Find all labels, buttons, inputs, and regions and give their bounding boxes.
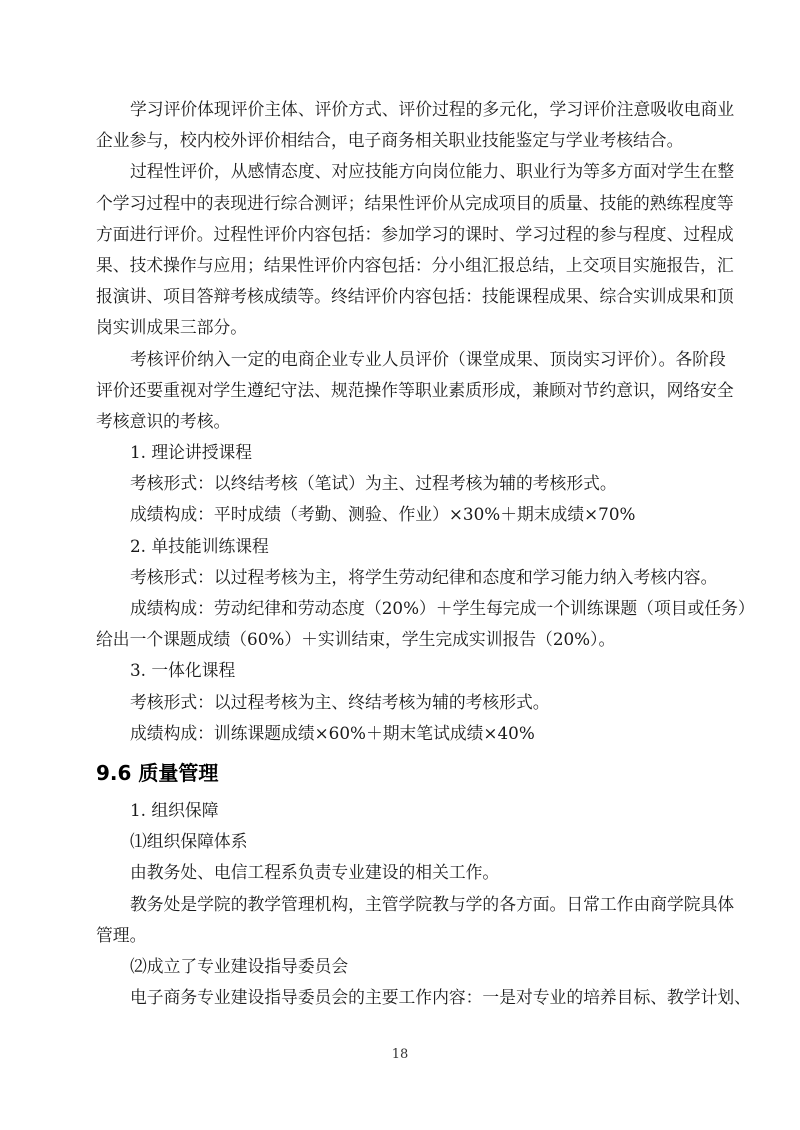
text-line: 果、技术操作与应用；结果性评价内容包括：分小组汇报总结，上交项目实施报告，汇: [96, 250, 704, 281]
page-number: 18: [0, 1047, 800, 1062]
text-line: 成绩构成：训练课题成绩×60%＋期末笔试成绩×40%: [96, 718, 704, 749]
text-line: 个学习过程中的表现进行综合测评；结果性评价从完成项目的质量、技能的熟练程度等: [96, 188, 704, 219]
text-line: ⑴组织保障体系: [96, 826, 704, 857]
text-line: 考核形式：以过程考核为主，将学生劳动纪律和态度和学习能力纳入考核内容。: [96, 562, 704, 593]
text-line: 1. 组织保障: [96, 795, 704, 826]
text-line: 成绩构成：劳动纪律和劳动态度（20%）＋学生每完成一个训练课题（项目或任务）: [96, 593, 704, 624]
text-line: 岗实训成果三部分。: [96, 312, 704, 343]
text-line: 由教务处、电信工程系负责专业建设的相关工作。: [96, 857, 704, 888]
text-line: 企业参与，校内校外评价相结合，电子商务相关职业技能鉴定与学业考核结合。: [96, 125, 704, 156]
text-line: 考核形式：以过程考核为主、终结考核为辅的考核形式。: [96, 687, 704, 718]
body-text-after-heading: 1. 组织保障⑴组织保障体系由教务处、电信工程系负责专业建设的相关工作。教务处是…: [96, 795, 704, 1013]
text-line: 过程性评价，从感情态度、对应技能方向岗位能力、职业行为等多方面对学生在整: [96, 156, 704, 187]
text-line: 1. 理论讲授课程: [96, 437, 704, 468]
text-line: 方面进行评价。过程性评价内容包括：参加学习的课时、学习过程的参与程度、过程成: [96, 219, 704, 250]
text-line: 成绩构成：平时成绩（考勤、测验、作业）×30%＋期末成绩×70%: [96, 499, 704, 530]
document-page: 学习评价体现评价主体、评价方式、评价过程的多元化，学习评价注意吸收电商业企业参与…: [0, 0, 800, 1130]
text-line: 评价还要重视对学生遵纪守法、规范操作等职业素质形成，兼顾对节约意识，网络安全: [96, 375, 704, 406]
text-line: 3. 一体化课程: [96, 655, 704, 686]
text-line: 考核意识的考核。: [96, 406, 704, 437]
body-text-before-heading: 学习评价体现评价主体、评价方式、评价过程的多元化，学习评价注意吸收电商业企业参与…: [96, 94, 704, 749]
section-heading: 9.6 质量管理: [96, 761, 704, 785]
page-content: 学习评价体现评价主体、评价方式、评价过程的多元化，学习评价注意吸收电商业企业参与…: [96, 94, 704, 1013]
text-line: 学习评价体现评价主体、评价方式、评价过程的多元化，学习评价注意吸收电商业: [96, 94, 704, 125]
text-line: 电子商务专业建设指导委员会的主要工作内容：一是对专业的培养目标、教学计划、: [96, 982, 704, 1013]
text-line: 考核评价纳入一定的电商企业专业人员评价（课堂成果、顶岗实习评价）。各阶段: [96, 344, 704, 375]
text-line: ⑵成立了专业建设指导委员会: [96, 951, 704, 982]
text-line: 教务处是学院的教学管理机构，主管学院教与学的各方面。日常工作由商学院具体: [96, 889, 704, 920]
text-line: 考核形式：以终结考核（笔试）为主、过程考核为辅的考核形式。: [96, 468, 704, 499]
text-line: 管理。: [96, 920, 704, 951]
text-line: 给出一个课题成绩（60%）＋实训结束，学生完成实训报告（20%）。: [96, 624, 704, 655]
text-line: 报演讲、项目答辩考核成绩等。终结评价内容包括：技能课程成果、综合实训成果和顶: [96, 281, 704, 312]
text-line: 2. 单技能训练课程: [96, 531, 704, 562]
